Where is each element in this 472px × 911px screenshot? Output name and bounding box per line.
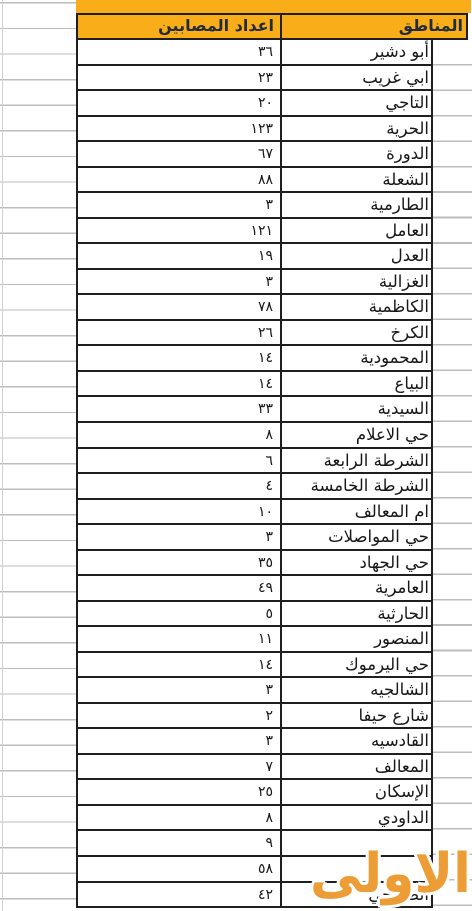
table-row: العدل ١٩ [78, 244, 431, 270]
region-name-cell: الإسكان [280, 780, 431, 804]
table-row: البياع ١٤ [78, 372, 431, 398]
infected-count-cell: ٩ [78, 831, 280, 855]
infected-count-cell: ٤ [78, 474, 280, 498]
region-name-cell: شارع حيفا [280, 704, 431, 728]
table-row: السيدية ٣٣ [78, 397, 431, 423]
regions-table: أبو دشير ٣٦ ابي غريب ٢٣ التاجي ٢٠ الحرية… [76, 40, 433, 908]
region-name-cell: الشرطة الخامسة [280, 474, 431, 498]
region-name-cell: الطارمية [280, 193, 431, 217]
table-row: المنصور ١١ [78, 627, 431, 653]
infected-count-cell: ٨ [78, 423, 280, 447]
region-name-cell: العامل [280, 219, 431, 243]
region-name-cell: الحارثية [280, 602, 431, 626]
region-name-cell: المحمودية [280, 346, 431, 370]
infected-count-cell: ١٢٣ [78, 117, 280, 141]
infected-count-cell: ١٩ [78, 244, 280, 268]
table-row: الشرطة الخامسة ٤ [78, 474, 431, 500]
infected-count-cell: ٥ [78, 602, 280, 626]
column-header-regions: المناطق [280, 15, 466, 38]
table-row: أبو دشير ٣٦ [78, 40, 431, 66]
region-name-cell: الشعلة [280, 168, 431, 192]
region-name-cell: المنصور [280, 627, 431, 651]
infected-count-cell: ٣٥ [78, 551, 280, 575]
table-row: الكرخ ٢٦ [78, 321, 431, 347]
table-row: الطارمية ٣ [78, 193, 431, 219]
infected-count-cell: ٣٣ [78, 397, 280, 421]
region-name-cell: الشالجيه [280, 678, 431, 702]
region-name-cell: الحرية [280, 117, 431, 141]
table-row: المحمودية ١٤ [78, 346, 431, 372]
infected-count-cell: ٥٨ [78, 857, 280, 881]
infected-count-cell: ٢٣ [78, 66, 280, 90]
region-name-cell: ام المعالف [280, 500, 431, 524]
infected-count-cell: ٧ [78, 755, 280, 779]
region-name-cell: الكرخ [280, 321, 431, 345]
infected-count-cell: ٣ [78, 270, 280, 294]
table-row: حي اليرموك ١٤ [78, 653, 431, 679]
table-row: الشعلة ٨٨ [78, 168, 431, 194]
region-name-cell: حي الاعلام [280, 423, 431, 447]
table-row: الحرية ١٢٣ [78, 117, 431, 143]
region-name-cell: العامرية [280, 576, 431, 600]
infected-count-cell: ٧٨ [78, 295, 280, 319]
region-name-cell: الشرطة الرابعة [280, 449, 431, 473]
region-name-cell: الغزالية [280, 270, 431, 294]
region-name-cell: أبو دشير [280, 40, 431, 64]
infected-count-cell: ٣٦ [78, 40, 280, 64]
table-header-row: المناطق اعداد المصابين [76, 13, 468, 40]
table-row: التاجي ٢٠ [78, 91, 431, 117]
infected-count-cell: ٨ [78, 806, 280, 830]
table-row: العامرية ٤٩ [78, 576, 431, 602]
infected-count-cell: ٢٥ [78, 780, 280, 804]
infected-count-cell: ١٤ [78, 346, 280, 370]
region-name-cell: الداودي [280, 806, 431, 830]
table-row: شارع حيفا ٢ [78, 704, 431, 730]
table-row: الحارثية ٥ [78, 602, 431, 628]
table-row: حي المواصلات ٣ [78, 525, 431, 551]
region-name-cell: الدورة [280, 142, 431, 166]
region-name-cell: القادسيه [280, 729, 431, 753]
region-name-cell: حي الجهاد [280, 551, 431, 575]
region-name-cell: الكاظمية [280, 295, 431, 319]
sheet-left-margin [0, 0, 76, 911]
region-name-cell: التاجي [280, 91, 431, 115]
region-name-cell: حي اليرموك [280, 653, 431, 677]
infected-count-cell: ١٢١ [78, 219, 280, 243]
infected-count-cell: ٣ [78, 729, 280, 753]
infected-count-cell: ٨٨ [78, 168, 280, 192]
infected-count-cell: ٢٦ [78, 321, 280, 345]
table-row: الدورة ٦٧ [78, 142, 431, 168]
infected-count-cell: ٤٩ [78, 576, 280, 600]
table-body: أبو دشير ٣٦ ابي غريب ٢٣ التاجي ٢٠ الحرية… [78, 40, 431, 906]
infected-count-cell: ٦ [78, 449, 280, 473]
infected-count-cell: ٤٢ [78, 883, 280, 907]
region-name-cell: البياع [280, 372, 431, 396]
table-row: الغزالية ٣ [78, 270, 431, 296]
infected-count-cell: ٢ [78, 704, 280, 728]
table-row: الكاظمية ٧٨ [78, 295, 431, 321]
table-row: العامل ١٢١ [78, 219, 431, 245]
infected-count-cell: ٦٧ [78, 142, 280, 166]
table-row: ابي غريب ٢٣ [78, 66, 431, 92]
infected-count-cell: ١٠ [78, 500, 280, 524]
sheet-right-margin [433, 40, 472, 908]
table-row: حي الاعلام ٨ [78, 423, 431, 449]
table-row: حي الجهاد ٣٥ [78, 551, 431, 577]
infected-count-cell: ١١ [78, 627, 280, 651]
news-logo-watermark: الاولى [353, 840, 471, 909]
region-name-cell: المعالف [280, 755, 431, 779]
column-header-infected-count: اعداد المصابين [78, 15, 280, 38]
region-name-cell: حي المواصلات [280, 525, 431, 549]
region-name-cell: ابي غريب [280, 66, 431, 90]
table-row: الإسكان ٢٥ [78, 780, 431, 806]
table-row: ام المعالف ١٠ [78, 500, 431, 526]
region-name-cell: العدل [280, 244, 431, 268]
infected-count-cell: ٣ [78, 678, 280, 702]
infected-count-cell: ٢٠ [78, 91, 280, 115]
header-top-strip [76, 0, 471, 13]
table-row: الشرطة الرابعة ٦ [78, 449, 431, 475]
table-row: الداودي ٨ [78, 806, 431, 832]
infected-count-cell: ٣ [78, 193, 280, 217]
infected-count-cell: ١٤ [78, 372, 280, 396]
table-row: الشالجيه ٣ [78, 678, 431, 704]
infected-count-cell: ٣ [78, 525, 280, 549]
table-row: المعالف ٧ [78, 755, 431, 781]
table-row: القادسيه ٣ [78, 729, 431, 755]
infected-count-cell: ١٤ [78, 653, 280, 677]
region-name-cell: السيدية [280, 397, 431, 421]
